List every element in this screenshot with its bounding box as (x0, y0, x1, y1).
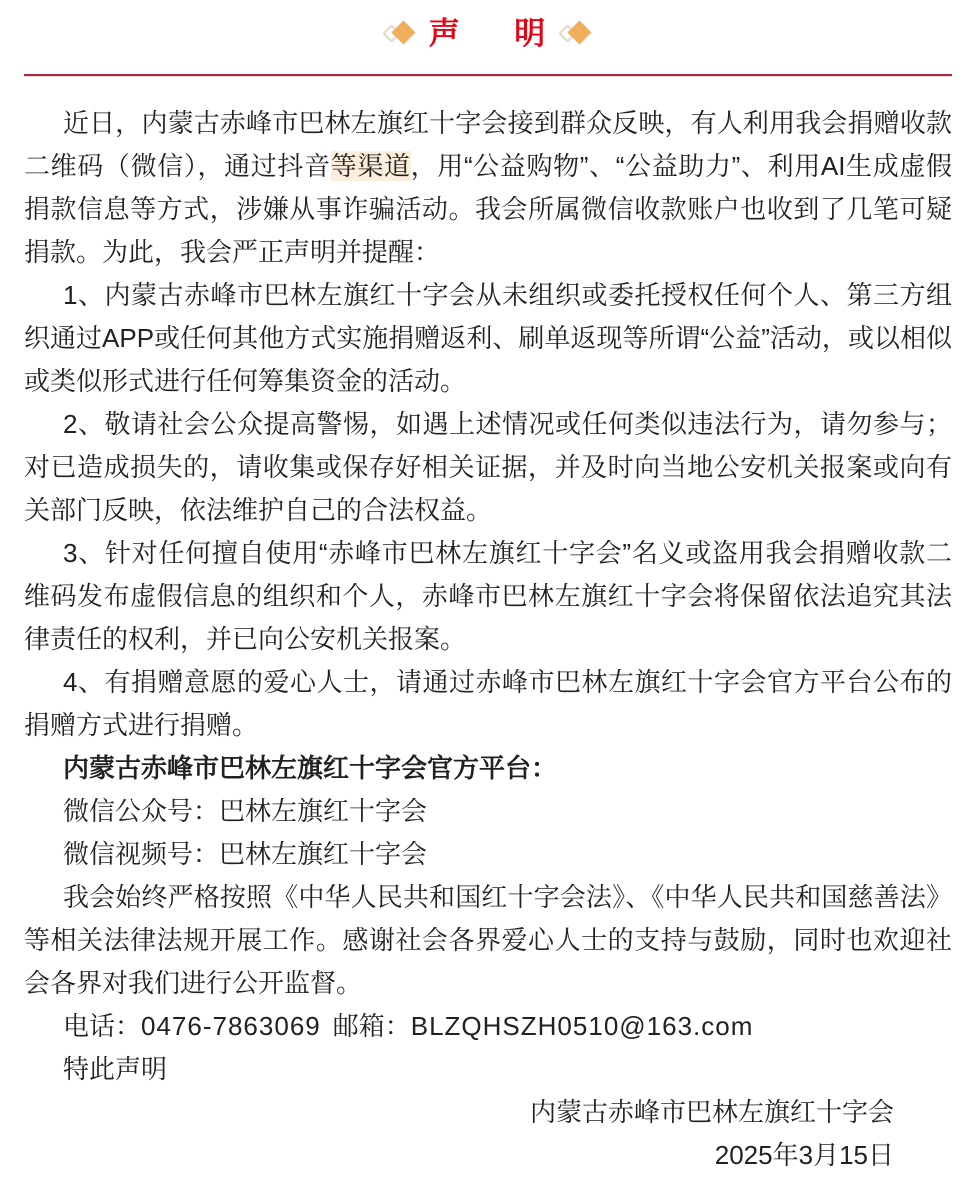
email-label: 邮箱： (333, 1011, 411, 1041)
diamond-ornament-icon (384, 19, 416, 49)
contact-line: 电话：0476-7863069邮箱：BLZQHSZH0510@163.com (24, 1005, 952, 1048)
legal-paragraph: 我会始终严格按照《中华人民共和国红十字会法》、《中华人民共和国慈善法》等相关法律… (24, 876, 952, 1005)
statement-item-3: 3、针对任何擅自使用“赤峰市巴林左旗红十字会”名义或盗用我会捐赠收款二维码发布虚… (24, 532, 952, 661)
highlighted-text: 等渠道 (331, 151, 411, 181)
page-title: 声 明 (24, 13, 952, 55)
phone-label: 电话： (63, 1011, 141, 1041)
wechat-video-account: 微信视频号：巴林左旗红十字会 (24, 833, 952, 876)
date: 2025年3月15日 (24, 1134, 952, 1177)
phone-number: 0476-7863069 (141, 1011, 321, 1041)
email-address: BLZQHSZH0510@163.com (411, 1011, 754, 1041)
statement-item-2: 2、敬请社会公众提高警惕，如遇上述情况或任何类似违法行为，请勿参与；对已造成损失… (24, 403, 952, 532)
diamond-ornament-icon (560, 19, 592, 49)
statement-body: 近日，内蒙古赤峰市巴林左旗红十字会接到群众反映，有人利用我会捐赠收款二维码（微信… (24, 102, 952, 1177)
statement-intro: 近日，内蒙古赤峰市巴林左旗红十字会接到群众反映，有人利用我会捐赠收款二维码（微信… (24, 102, 952, 274)
signature: 内蒙古赤峰市巴林左旗红十字会 (24, 1091, 952, 1134)
closing-statement: 特此声明 (24, 1048, 952, 1091)
statement-document: 声 明 近日，内蒙古赤峰市巴林左旗红十字会接到群众反映，有人利用我会捐赠收款二维… (0, 0, 976, 1195)
statement-item-1: 1、内蒙古赤峰市巴林左旗红十字会从未组织或委托授权任何个人、第三方组织通过APP… (24, 274, 952, 403)
statement-item-4: 4、有捐赠意愿的爱心人士，请通过赤峰市巴林左旗红十字会官方平台公布的捐赠方式进行… (24, 661, 952, 747)
wechat-official-account: 微信公众号：巴林左旗红十字会 (24, 790, 952, 833)
title-text: 声 明 (429, 13, 548, 55)
platform-heading: 内蒙古赤峰市巴林左旗红十字会官方平台： (24, 747, 952, 790)
title-divider (24, 74, 952, 76)
